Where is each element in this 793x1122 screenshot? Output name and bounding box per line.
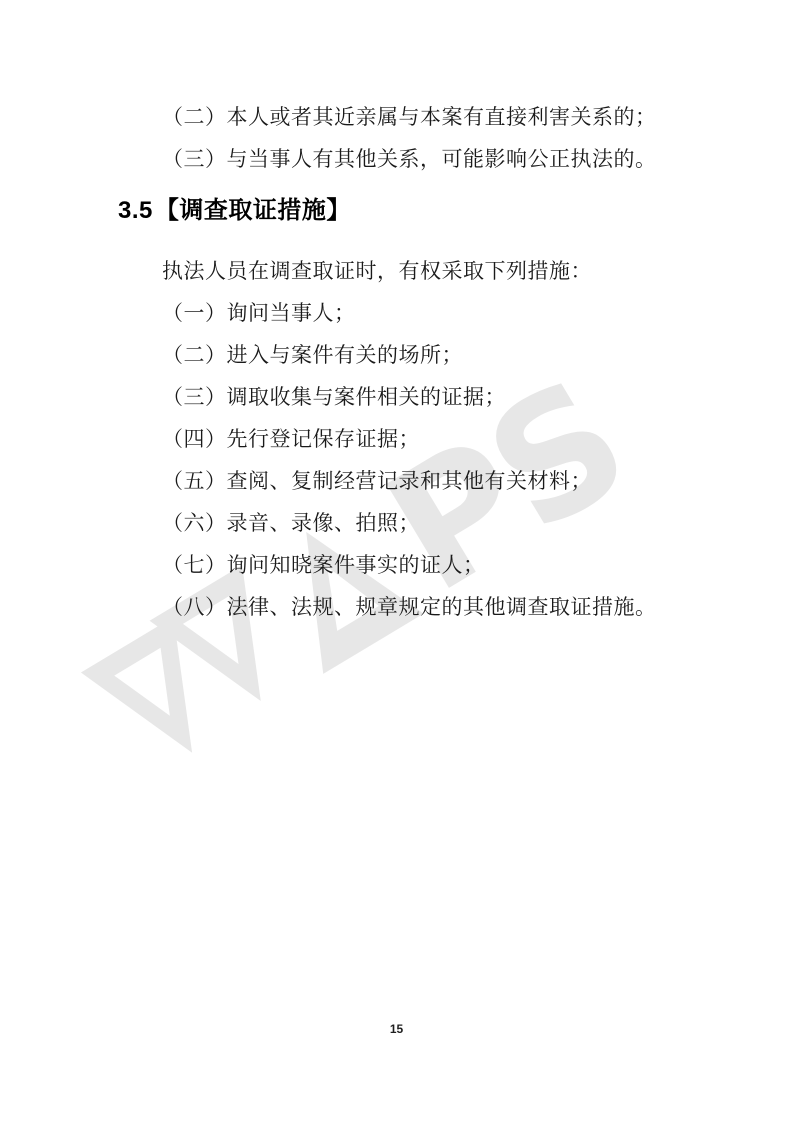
measure-item: （二）进入与案件有关的场所； — [118, 334, 675, 376]
clause-line: （二）本人或者其近亲属与本案有直接利害关系的； — [118, 96, 675, 138]
document-page: P S （二）本人或者其近亲属与本案有直接利害关系的； （三）与当事人有其他关系… — [0, 0, 793, 1122]
measure-item: （八）法律、法规、规章规定的其他调查取证措施。 — [118, 586, 675, 628]
document-content: （二）本人或者其近亲属与本案有直接利害关系的； （三）与当事人有其他关系，可能影… — [118, 96, 675, 628]
measure-item: （六）录音、录像、拍照； — [118, 502, 675, 544]
clause-line: （三）与当事人有其他关系，可能影响公正执法的。 — [118, 138, 675, 180]
measure-item: （五）查阅、复制经营记录和其他有关材料； — [118, 460, 675, 502]
section-heading: 3.5【调查取证措施】 — [118, 196, 675, 226]
measure-item: （七）询问知晓案件事实的证人； — [118, 544, 675, 586]
wps-logo-w-triangle-1 — [81, 617, 238, 781]
section-number: 3.5 — [118, 197, 153, 224]
section-title: 【调查取证措施】 — [155, 197, 351, 224]
measure-item: （三）调取收集与案件相关的证据； — [118, 376, 675, 418]
lead-paragraph: 执法人员在调查取证时，有权采取下列措施： — [118, 250, 675, 292]
measure-item: （四）先行登记保存证据； — [118, 418, 675, 460]
measure-item: （一）询问当事人； — [118, 292, 675, 334]
page-number: 15 — [0, 1022, 793, 1036]
